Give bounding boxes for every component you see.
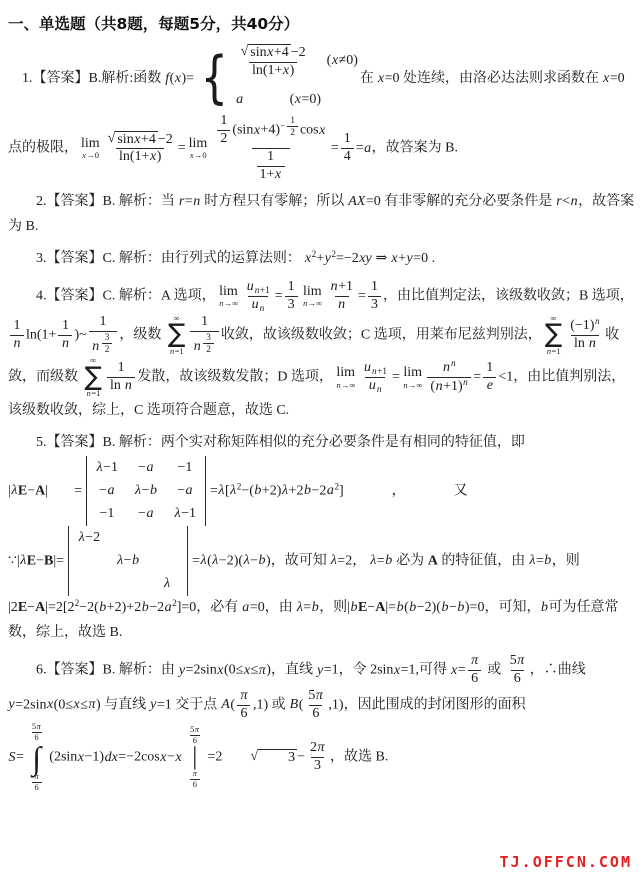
- math-frac: 1n32: [190, 314, 219, 356]
- math-v: AX: [348, 194, 366, 209]
- math-v: n: [588, 336, 596, 351]
- math-bb: A: [35, 483, 45, 498]
- math-den: 3: [368, 296, 381, 314]
- math-t: 3: [314, 758, 321, 773]
- math-v: π: [34, 772, 39, 781]
- math-bb: B: [44, 553, 53, 568]
- math-t: =−2cos: [118, 750, 159, 765]
- math-t: −1: [178, 460, 193, 476]
- math-v: b: [441, 600, 449, 615]
- math-t: −: [142, 483, 150, 499]
- math-t: 2: [105, 344, 110, 354]
- math-v: λ: [78, 530, 85, 546]
- math-v: x: [274, 167, 281, 182]
- math-uo: ∞∑n=1: [85, 356, 102, 399]
- math-sup: n: [451, 358, 457, 368]
- paragraph-q6-solution: 6.【答案】B. 解析：由 y=2sinx(0≤x≤π)，直线 y=1，令 2s…: [8, 653, 636, 793]
- math-t: −2: [291, 45, 306, 60]
- math-frac: π6: [468, 653, 482, 688]
- math-frac: n+1n: [327, 279, 356, 314]
- math-v: a: [146, 506, 154, 522]
- math-num: nn: [440, 359, 460, 377]
- math-den: ln(1+x): [116, 148, 164, 166]
- math-uob: lim: [336, 365, 355, 380]
- math-t: +2)+2: [107, 600, 141, 615]
- math-dc: −1: [173, 460, 197, 476]
- math-num: 1: [341, 131, 354, 148]
- math-us: n→∞: [336, 381, 356, 391]
- math-t: −2: [85, 530, 100, 546]
- math-uo: limx→0: [81, 136, 100, 161]
- math-frac: 1n32: [89, 314, 118, 356]
- math-t: −: [280, 121, 285, 131]
- math-v: n: [193, 194, 201, 209]
- math-den: 4: [341, 148, 354, 166]
- math-t: |=2[2: [45, 600, 74, 615]
- math-den: n32: [190, 331, 219, 357]
- math-v: dx: [104, 750, 118, 765]
- math-v: x: [267, 45, 274, 60]
- math-dc: [116, 576, 140, 592]
- math-v: x: [377, 71, 384, 86]
- math-uo: limn→∞: [403, 365, 423, 390]
- math-bb: E: [27, 553, 36, 568]
- math-frac: 14: [341, 131, 354, 166]
- math-frac: 12(sinx+4)−12cosx11+x: [212, 113, 329, 183]
- math-den: 3: [285, 296, 298, 314]
- math-v: x: [46, 697, 53, 712]
- math-cases: {√sinx+4−2ln(1+x)(x≠0)a(x=0): [196, 44, 358, 113]
- math-num: 1: [368, 279, 381, 296]
- math-v: b: [350, 600, 358, 615]
- math-sqc: sinx+4: [115, 131, 157, 148]
- math-dc: −a: [173, 483, 197, 499]
- math-num: π: [31, 772, 42, 782]
- math-v: n: [259, 303, 265, 313]
- math-v: b: [132, 553, 140, 569]
- math-uob: lim: [219, 284, 238, 299]
- math-v: λ: [96, 460, 103, 476]
- math-den: n: [10, 335, 24, 353]
- math-frac: 2π3: [307, 740, 328, 775]
- math-v: a: [146, 460, 154, 476]
- math-t: =: [377, 553, 385, 568]
- paragraph-q1-solution: 1.【答案】B.解析:函数 f(x)={√sinx+4−2ln(1+x)(x≠0…: [8, 44, 636, 183]
- math-t: 1+: [260, 167, 275, 182]
- math-v: λ: [20, 553, 27, 568]
- math-den: ln n: [571, 335, 599, 353]
- math-num: (−1)n: [567, 317, 603, 335]
- math-t: →∞: [224, 299, 238, 308]
- math-t: 3: [288, 297, 295, 312]
- math-t: 在: [360, 71, 378, 86]
- math-t: 6: [193, 780, 197, 789]
- math-v: π: [88, 697, 96, 712]
- math-dc: [116, 530, 140, 546]
- math-uob: ∑: [168, 323, 185, 346]
- math-v: a: [242, 600, 250, 615]
- math-den: 2: [203, 343, 214, 355]
- math-uob: ∑: [545, 323, 562, 346]
- math-t: 1.【答案】B.解析:函数: [22, 71, 165, 86]
- math-t: =: [74, 483, 82, 498]
- math-t: 2: [290, 127, 295, 137]
- math-dc: [155, 553, 179, 569]
- math-den: 1+x: [257, 166, 285, 184]
- math-v: x: [603, 71, 610, 86]
- math-v: b: [149, 483, 157, 499]
- math-v: b: [99, 600, 107, 615]
- math-num: 3: [102, 332, 113, 343]
- math-dc: λ−1: [95, 460, 119, 476]
- math-t: 1: [62, 318, 69, 333]
- math-t: lim: [336, 365, 355, 380]
- math-t: =: [303, 600, 311, 615]
- math-num: 2π: [307, 740, 328, 757]
- math-t: +4: [274, 45, 289, 60]
- math-num: 1: [198, 314, 211, 331]
- math-t: 2: [206, 344, 211, 354]
- math-t: ): [290, 63, 295, 78]
- watermark: TJ.OFFCN.COM: [500, 853, 632, 871]
- math-t: (−1): [570, 318, 594, 333]
- math-t: ，级数: [119, 327, 165, 342]
- math-t: ，则|: [319, 600, 350, 615]
- math-den: 6: [237, 705, 250, 723]
- math-t: ln(1+: [252, 63, 282, 78]
- math-t: 6: [240, 706, 247, 721]
- math-num: 1: [115, 360, 128, 377]
- math-sub: n+1: [254, 285, 269, 295]
- math-frac: √sinx+4−2ln(1+x): [105, 131, 176, 166]
- math-t: =1: [91, 389, 100, 398]
- math-v: B: [289, 697, 299, 712]
- math-v: A: [221, 697, 231, 712]
- math-v: n: [463, 377, 469, 387]
- math-uo: ∞∑n=1: [168, 314, 185, 357]
- math-t: −2: [149, 600, 164, 615]
- math-t: ，则: [552, 553, 584, 568]
- math-bb: A: [428, 553, 438, 568]
- math-bb: E: [18, 600, 27, 615]
- math-v: a: [236, 88, 244, 113]
- math-dc: λ−2: [77, 530, 101, 546]
- math-t: =2，: [337, 553, 369, 568]
- math-sup: 32: [201, 337, 216, 347]
- paragraph-q2-solution: 2.【答案】B. 解析：当 r=n 时方程只有零解；所以 AX=0 有非零解的充…: [8, 190, 636, 240]
- math-v: b: [258, 553, 266, 568]
- math-v: y: [178, 663, 185, 678]
- math-den: 6: [32, 782, 42, 793]
- math-t: +: [316, 251, 324, 266]
- math-v: a: [364, 141, 372, 156]
- math-t: [: [225, 483, 230, 498]
- math-v: x: [149, 149, 156, 164]
- math-den: 6: [511, 670, 524, 688]
- math-num: 1: [97, 314, 110, 331]
- section-title: 一、单选题（共8题，每题5分，共40分）: [8, 12, 636, 34]
- math-den: 2: [217, 130, 230, 148]
- math-v: b: [544, 553, 552, 568]
- math-v: π: [317, 740, 325, 755]
- math-t: ，∴曲线: [530, 663, 590, 678]
- math-t: −: [297, 750, 305, 765]
- math-v: π: [315, 688, 323, 703]
- math-sqrt: √sinx+4: [108, 131, 158, 148]
- math-den: ln(1+x): [249, 62, 297, 80]
- math-t: (sin: [232, 123, 253, 138]
- math-t: =0 有非零解的充分必要条件是: [366, 194, 556, 209]
- math-v: y: [316, 663, 323, 678]
- math-v: x: [134, 132, 141, 147]
- math-t: (2sin: [49, 750, 77, 765]
- math-v: n: [338, 297, 346, 312]
- math-frac: 5π6: [507, 653, 528, 688]
- math-uo: limn→∞: [336, 365, 356, 390]
- math-t: sin: [117, 132, 133, 147]
- math-frac: 32: [102, 332, 113, 355]
- math-frac: (−1)nln n: [567, 317, 603, 353]
- math-t: −2)(: [417, 600, 441, 615]
- math-t: =: [192, 553, 200, 568]
- math-t: 6: [312, 706, 319, 721]
- math-v: x: [217, 663, 224, 678]
- math-t: =: [178, 141, 186, 156]
- math-t: 6: [35, 783, 39, 792]
- math-t: =: [473, 370, 481, 385]
- math-rad: √: [108, 131, 116, 146]
- math-t: −: [124, 553, 132, 569]
- math-t: =1,可得: [401, 663, 451, 678]
- math-uob: lim: [81, 136, 100, 151]
- math-bb: E: [18, 483, 27, 498]
- math-det: λ−1−a−1−aλ−b−a−1−aλ−1: [86, 456, 206, 526]
- math-dc: [155, 530, 179, 546]
- math-t: −2: [158, 131, 173, 146]
- math-t: +1: [377, 366, 387, 376]
- math-t: 1: [118, 360, 125, 375]
- math-num: 5π: [29, 722, 44, 732]
- math-v: n: [443, 360, 451, 375]
- math-frac: 13: [368, 279, 381, 314]
- math-t: −2(: [79, 600, 99, 615]
- math-t: =: [275, 289, 283, 304]
- math-t: =2sin: [186, 663, 217, 678]
- math-v: n: [451, 358, 457, 368]
- math-v: x: [393, 663, 400, 678]
- math-t: +2): [262, 483, 282, 498]
- math-v: u: [364, 360, 372, 375]
- math-frac: 12: [217, 113, 230, 148]
- math-num: 5π: [187, 725, 202, 735]
- math-frac: 1n: [10, 318, 24, 353]
- math-t: 时方程只有零解；所以: [201, 194, 348, 209]
- math-t: 6: [514, 671, 521, 686]
- math-uob: |: [192, 746, 197, 769]
- math-num: 1: [59, 318, 72, 335]
- math-t: 1: [267, 149, 274, 164]
- math-t: −: [449, 600, 457, 615]
- math-t: =: [331, 141, 339, 156]
- math-v: π: [471, 653, 479, 668]
- math-t: +4: [141, 132, 156, 147]
- math-v: a: [107, 483, 115, 499]
- math-sup: 32: [100, 337, 115, 347]
- math-t: 1: [220, 113, 227, 128]
- math-den: n32: [89, 331, 118, 357]
- math-t: 2.【答案】B. 解析：当: [36, 194, 178, 209]
- math-den: 11+x: [252, 148, 290, 184]
- math-frac: √sinx+4−2ln(1+x): [238, 44, 309, 79]
- math-t: (: [299, 697, 304, 712]
- math-t: ≤: [80, 697, 88, 712]
- math-t: ，故答案为 B.: [372, 141, 458, 156]
- math-dc: −a: [134, 506, 158, 522]
- math-v: n: [330, 279, 338, 294]
- math-t: =: [358, 289, 366, 304]
- math-t: −: [177, 483, 185, 499]
- math-t: ，: [392, 483, 406, 498]
- math-t: ): [157, 149, 162, 164]
- math-t: )=: [182, 71, 195, 86]
- math-v: e: [486, 378, 493, 393]
- math-t: )，直线: [266, 663, 316, 678]
- math-t: −1: [103, 460, 118, 476]
- math-uo: ∞∑n=1: [545, 314, 562, 357]
- math-v: λ: [117, 553, 124, 569]
- math-v: x: [243, 663, 250, 678]
- math-t: −: [27, 600, 35, 615]
- math-t: )=0，可知，: [465, 600, 541, 615]
- math-t: lim: [189, 136, 208, 151]
- math-v: λ: [174, 506, 181, 522]
- math-t: =1 交于点: [157, 697, 221, 712]
- math-t: 3.【答案】C. 解析：由行列式的运算法则：: [36, 251, 304, 266]
- math-t: 或: [484, 663, 505, 678]
- math-t: 1: [344, 131, 351, 146]
- math-t: (: [230, 697, 235, 712]
- math-uob: ∑: [85, 366, 102, 389]
- math-t: 3: [206, 332, 211, 342]
- math-v: xy: [359, 251, 372, 266]
- math-uob: ∫: [32, 744, 41, 772]
- math-t: lim: [403, 365, 422, 380]
- math-dc: −a: [95, 483, 119, 499]
- paragraph-q5-solution: 5.【答案】B. 解析：两个实对称矩阵相似的充分必要条件是有相同的特征值，即|λ…: [8, 431, 636, 646]
- math-v: n: [13, 336, 21, 351]
- math-dc: −a: [134, 460, 158, 476]
- math-frac: 12: [287, 115, 298, 138]
- math-t: +1: [260, 285, 270, 295]
- math-v: λ: [281, 483, 288, 498]
- math-det: λ−2λ−bλ: [68, 526, 188, 596]
- math-v: x: [160, 750, 167, 765]
- math-dc: λ−b: [134, 483, 158, 499]
- math-t: 发散，故该级数发散；D 选项，: [137, 370, 333, 385]
- math-t: =: [185, 194, 193, 209]
- math-dc: λ−b: [116, 553, 140, 569]
- math-frac: 13: [285, 279, 298, 314]
- math-t: 3: [105, 332, 110, 342]
- math-t: +1: [338, 279, 353, 294]
- math-den: 6: [309, 705, 322, 723]
- math-t: 又: [454, 483, 468, 498]
- math-num: 3: [203, 332, 214, 343]
- math-num: 5π: [305, 688, 326, 705]
- math-casrow: √sinx+4−2ln(1+x)(x≠0): [236, 44, 358, 79]
- math-sup: n: [594, 316, 600, 326]
- math-t: ) 与直线: [96, 697, 150, 712]
- math-num: un+1: [243, 279, 272, 296]
- math-v: u: [251, 297, 259, 312]
- document-body: 1.【答案】B.解析:函数 f(x)={√sinx+4−2ln(1+x)(x≠0…: [8, 44, 636, 793]
- math-t: 1: [486, 360, 493, 375]
- math-v: π: [517, 653, 525, 668]
- math-v: n: [61, 336, 69, 351]
- math-t: =0 处连续，由洛必达法则求函数在: [385, 71, 603, 86]
- math-t: =: [356, 141, 364, 156]
- math-v: n: [376, 384, 382, 394]
- math-v: π: [36, 722, 41, 731]
- math-v: S: [8, 750, 16, 765]
- math-rad: √: [222, 749, 258, 764]
- math-t: =2sin: [15, 697, 46, 712]
- math-dc: [77, 553, 101, 569]
- math-t: ]=0，必有: [177, 600, 242, 615]
- math-v: λ: [164, 576, 171, 592]
- math-t: −1: [100, 506, 115, 522]
- math-den: n: [335, 296, 349, 314]
- math-us: x→0: [82, 151, 99, 161]
- math-v: λ: [370, 553, 377, 568]
- math-v: n: [92, 339, 100, 354]
- math-v: b: [409, 600, 417, 615]
- math-v: x: [319, 123, 326, 138]
- math-t: ln: [110, 378, 124, 393]
- math-t: 3: [288, 750, 295, 765]
- math-v: π: [192, 769, 197, 778]
- math-t: 5.【答案】B. 解析：两个实对称矩阵相似的充分必要条件是有相同的特征值，即: [36, 435, 525, 450]
- math-frac: 1ln n: [107, 360, 135, 395]
- math-den: un: [248, 296, 268, 314]
- math-v: a: [185, 483, 193, 499]
- math-us: n→∞: [219, 299, 239, 309]
- math-sup: −12: [280, 121, 300, 131]
- math-t: +1): [443, 379, 463, 394]
- math-t: +: [398, 251, 406, 266]
- math-us: n=1: [546, 347, 560, 357]
- math-t: 3: [371, 297, 378, 312]
- math-t: →∞: [408, 381, 422, 390]
- math-t: =0 .: [413, 251, 435, 266]
- math-t: →0: [194, 151, 207, 160]
- math-v: λ: [529, 553, 536, 568]
- math-t: 1: [201, 314, 208, 329]
- math-t: =: [536, 553, 544, 568]
- math-t: |: [45, 483, 48, 498]
- math-v: λ: [212, 553, 219, 568]
- math-frac: π6: [189, 769, 200, 790]
- math-sqc: 3: [258, 749, 297, 766]
- math-v: x: [331, 49, 338, 74]
- math-bb: A: [375, 600, 385, 615]
- math-us: π6: [29, 772, 44, 793]
- math-uo: 5π6∫π6: [27, 722, 46, 793]
- math-den: 2: [287, 126, 298, 138]
- math-num: 5π: [507, 653, 528, 670]
- math-us: n→∞: [303, 299, 323, 309]
- math-t: ，故选 B.: [330, 750, 388, 765]
